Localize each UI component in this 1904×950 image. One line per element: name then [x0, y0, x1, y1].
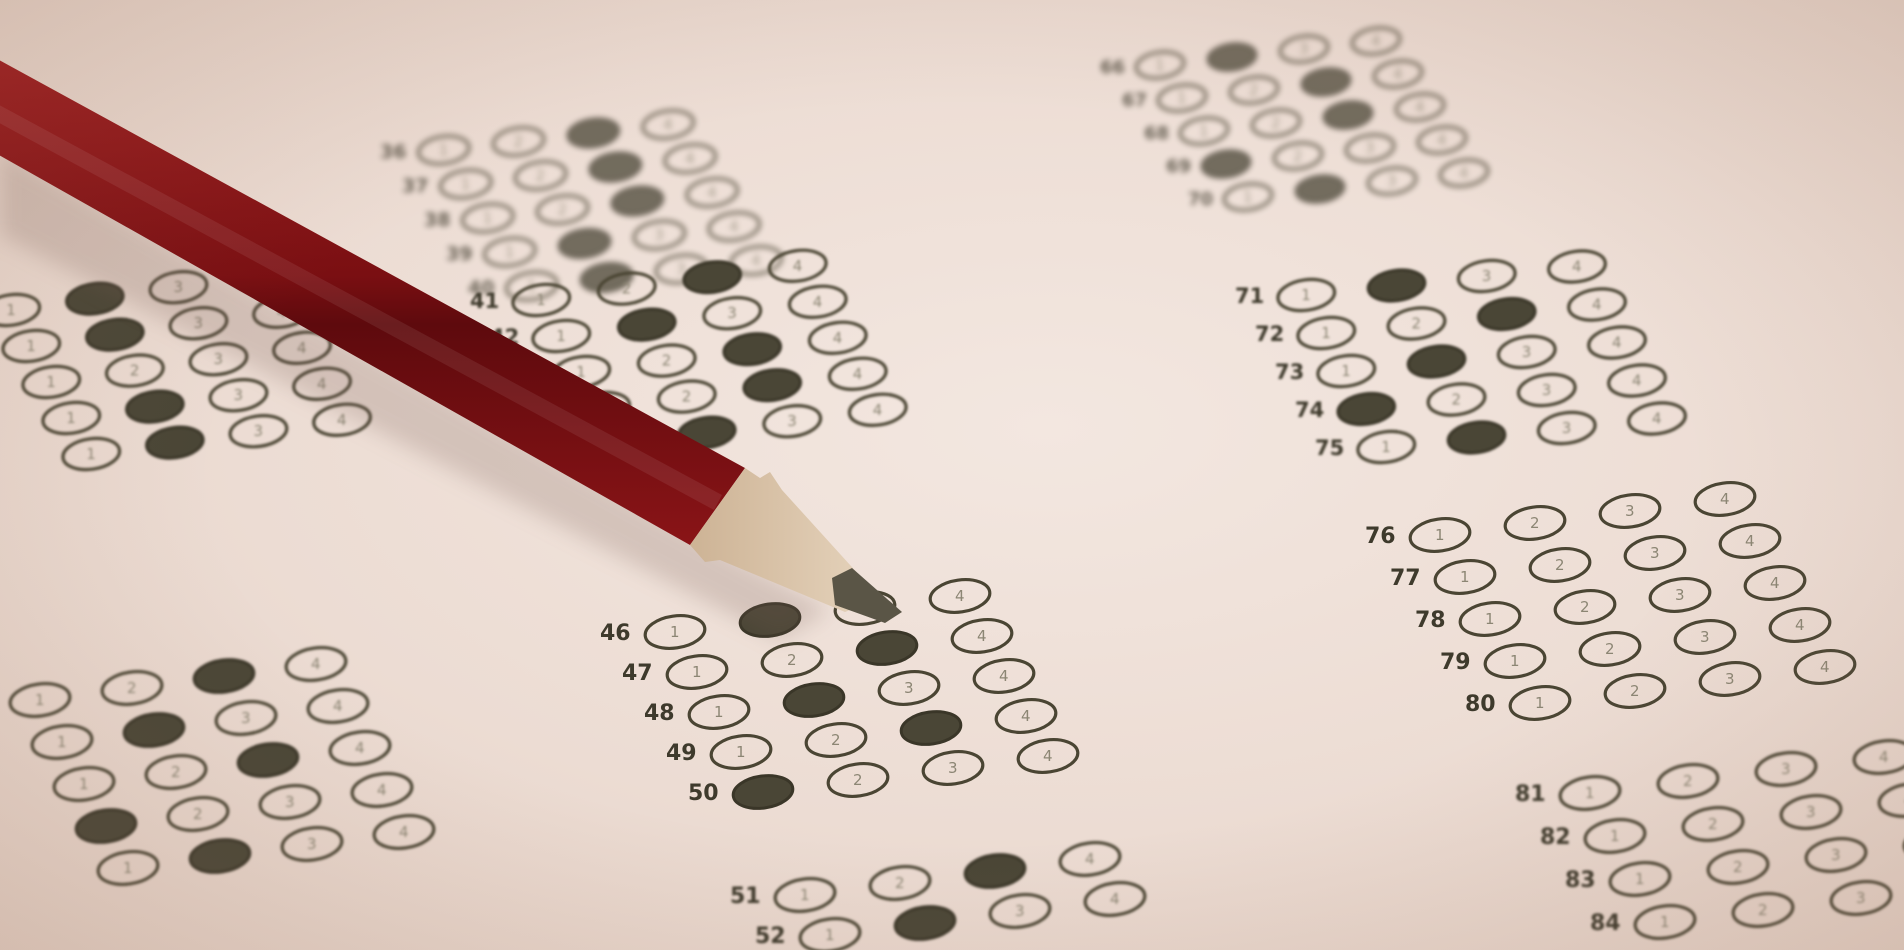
bubble-choice-label: 1: [536, 291, 546, 309]
question-number: 49: [666, 741, 697, 766]
question-number: 37: [402, 175, 428, 197]
answer-bubble-filled: [731, 772, 795, 812]
bubble-choice-label: 1: [1321, 324, 1331, 342]
question-row: 761234: [1365, 479, 1757, 555]
answer-bubble-filled: [1446, 418, 1507, 456]
bubble-choice-label: 4: [707, 184, 717, 202]
bubble-choice-label: 1: [1460, 568, 1470, 586]
bubble-choice-label: 2: [558, 201, 568, 219]
question-row: 73134: [1275, 323, 1647, 390]
question-number: 83: [1565, 868, 1596, 893]
question-row: 71134: [1235, 247, 1607, 314]
bubble-choice-label: 4: [977, 627, 987, 645]
question-number: 46: [600, 621, 631, 646]
answer-bubble-filled: [566, 116, 620, 150]
bubble-choice-label: 2: [1733, 858, 1743, 876]
question-number: 69: [1166, 156, 1191, 177]
answer-bubble-filled: [74, 806, 138, 846]
bubble-choice-label: 1: [483, 209, 493, 227]
answer-bubble-filled: [557, 226, 611, 260]
bubble-choice-label: 1: [825, 926, 835, 944]
bubble-choice-label: 2: [1683, 772, 1693, 790]
bubble-choice-label: 3: [1625, 502, 1635, 520]
bubble-choice-label: 1: [714, 703, 724, 721]
bubble-choice-label: 4: [1393, 65, 1403, 83]
answer-bubble-filled: [85, 316, 146, 354]
bubble-choice-label: 2: [1293, 147, 1303, 165]
bubble-choice-label: 2: [622, 280, 632, 298]
bubble-choice-label: 4: [833, 329, 843, 347]
question-row: 48134: [644, 656, 1036, 732]
question-number: 80: [1465, 692, 1496, 717]
bubble-choice-label: 2: [1249, 81, 1259, 99]
bubble-choice-label: 3: [1781, 760, 1791, 778]
question-row: 134: [61, 401, 372, 473]
bubble-choice-label: 2: [536, 167, 546, 185]
bubble-choice-label: 2: [1708, 815, 1718, 833]
answer-group: 7113472124731347423475134: [1235, 247, 1687, 466]
bubble-choice-label: 3: [654, 226, 664, 244]
bubble-choice-label: 3: [1675, 586, 1685, 604]
bubble-choice-label: 1: [1535, 694, 1545, 712]
bubble-choice-label: 1: [123, 859, 133, 877]
answer-bubble-filled: [588, 150, 642, 184]
pencil-graphite-tip: [832, 568, 902, 623]
bubble-choice-label: 2: [130, 362, 140, 380]
question-number: 66: [1100, 57, 1125, 78]
question-number: 71: [1235, 284, 1264, 308]
bubble-choice-label: 4: [1459, 164, 1469, 182]
bubble-choice-label: 1: [6, 301, 16, 319]
bubble-choice-label: 3: [1542, 381, 1552, 399]
bubble-choice-label: 4: [1820, 658, 1830, 676]
question-row: 39134: [446, 209, 761, 269]
bubble-choice-label: 4: [793, 257, 803, 275]
bubble-choice-label: 3: [1562, 419, 1572, 437]
answer-bubble-filled: [236, 740, 300, 780]
question-number: 82: [1540, 825, 1571, 850]
bubble-choice-label: 1: [439, 141, 449, 159]
question-row: 38124: [424, 175, 739, 235]
bubble-choice-label: 4: [729, 218, 739, 236]
answer-group: 761234771234781234791234801234: [1365, 479, 1857, 723]
bubble-choice-label: 4: [1592, 296, 1602, 314]
answer-bubble: [1877, 780, 1904, 820]
bubble-choice-label: 1: [1585, 784, 1595, 802]
bubble-choice-label: 2: [1630, 682, 1640, 700]
bubble-choice-label: 4: [311, 655, 321, 673]
question-row: 124: [52, 728, 392, 804]
bubble-choice-label: 4: [1371, 32, 1381, 50]
bubble-choice-label: 4: [1415, 98, 1425, 116]
bubble-choice-label: 4: [1795, 616, 1805, 634]
bubble-choice-label: 1: [556, 327, 566, 345]
question-number: 75: [1315, 436, 1344, 460]
question-row: 68124: [1144, 91, 1446, 147]
bubble-choice-label: 4: [685, 150, 695, 168]
question-number: 39: [446, 243, 472, 265]
question-number: 73: [1275, 360, 1304, 384]
question-number: 41: [470, 289, 499, 313]
answer-bubble-filled: [188, 836, 252, 876]
bubble-choice-label: 2: [1530, 514, 1540, 532]
bubble-choice-label: 3: [1806, 803, 1816, 821]
question-row: 69234: [1166, 124, 1468, 180]
question-row: 124: [8, 644, 348, 720]
bubble-choice-label: 1: [66, 409, 76, 427]
question-number: 72: [1255, 322, 1284, 346]
bubble-choice-label: 1: [1381, 438, 1391, 456]
bubble-choice-label: 3: [233, 386, 243, 404]
bubble-choice-label: 3: [285, 793, 295, 811]
answer-bubble-filled: [963, 851, 1027, 891]
bubble-choice-label: 1: [46, 373, 56, 391]
question-number: 81: [1515, 782, 1546, 807]
bubble-choice-label: 4: [1085, 850, 1095, 868]
answer-bubble-filled: [1476, 295, 1537, 333]
bubble-choice-label: 2: [853, 771, 863, 789]
bubble-choice-label: 3: [1522, 343, 1532, 361]
bubble-choice-label: 4: [1021, 707, 1031, 725]
bubble-choice-label: 3: [253, 422, 263, 440]
bubble-choice-label: 1: [79, 775, 89, 793]
answer-bubble-filled: [1294, 173, 1345, 205]
bubble-choice-label: 2: [514, 133, 524, 151]
bubble-choice-label: 1: [1301, 286, 1311, 304]
question-row: 234: [74, 770, 414, 846]
question-number: 52: [755, 924, 786, 949]
bubble-choice-label: 1: [692, 663, 702, 681]
answer-bubble-filled: [1366, 266, 1427, 304]
bubble-choice-label: 3: [1299, 40, 1309, 58]
bubble-choice-label: 2: [193, 805, 203, 823]
bubble-choice-label: 3: [1482, 267, 1492, 285]
bubble-choice-label: 4: [377, 781, 387, 799]
bubble-choice-label: 2: [1605, 640, 1615, 658]
question-row: 811234: [1515, 737, 1904, 813]
bubble-choice-label: 4: [751, 252, 761, 270]
bubble-choice-label: 4: [999, 667, 1009, 685]
bubble-choice-label: 1: [1485, 610, 1495, 628]
bubble-choice-label: 3: [727, 304, 737, 322]
answer-group: 5112452134: [730, 839, 1147, 950]
answer-bubble-filled: [122, 710, 186, 750]
bubble-choice-label: 2: [682, 388, 692, 406]
question-row: 791234: [1440, 605, 1832, 681]
bubble-choice-label: 1: [1199, 122, 1209, 140]
bubble-choice-label: 1: [57, 733, 67, 751]
bubble-choice-label: 2: [831, 731, 841, 749]
question-row: 134: [96, 812, 436, 888]
bubble-choice-label: 3: [1856, 889, 1866, 907]
answer-sheet-photo: 3612437124381243913440134411244213443124…: [0, 0, 1904, 950]
question-row: 51124: [730, 839, 1122, 915]
bubble-choice-label: 1: [1341, 362, 1351, 380]
bubble-choice-label: 3: [1725, 670, 1735, 688]
question-number: 36: [380, 141, 406, 163]
answer-group: 811234821234831234841234: [1515, 737, 1904, 942]
question-row: 781234: [1415, 563, 1807, 639]
bubble-choice-label: 3: [241, 709, 251, 727]
answer-bubble-filled: [1406, 342, 1467, 380]
bubble-choice-label: 4: [1652, 410, 1662, 428]
bubble-choice-label: 3: [1831, 846, 1841, 864]
question-number: 68: [1144, 123, 1169, 144]
answer-group: 124134124234134: [8, 644, 436, 888]
bubble-choice-label: 4: [333, 697, 343, 715]
answer-bubble-filled: [1200, 148, 1251, 180]
question-number: 38: [424, 209, 450, 231]
bubble-choice-label: 4: [1632, 372, 1642, 390]
bubble-choice-label: 1: [35, 691, 45, 709]
question-number: 47: [622, 661, 653, 686]
bubble-choice-label: 4: [1879, 748, 1889, 766]
answer-bubble-filled: [899, 708, 963, 748]
bubble-choice-label: 2: [787, 651, 797, 669]
bubble-choice-label: 4: [1437, 131, 1447, 149]
answer-bubble-filled: [682, 258, 743, 296]
question-number: 70: [1188, 189, 1213, 210]
bubble-choice-label: 1: [1243, 188, 1253, 206]
bubble-choice-label: 1: [26, 337, 36, 355]
bubble-choice-label: 1: [505, 243, 515, 261]
answer-bubble-filled: [610, 184, 664, 218]
bubble-choice-label: 2: [127, 679, 137, 697]
answer-bubble-filled: [855, 628, 919, 668]
bubble-choice-label: 3: [1365, 139, 1375, 157]
bubble-choice-label: 1: [86, 445, 96, 463]
bubble-choice-label: 3: [787, 412, 797, 430]
question-number: 77: [1390, 566, 1421, 591]
answer-bubble-filled: [722, 330, 783, 368]
bubble-choice-label: 2: [1271, 114, 1281, 132]
bubble-choice-label: 2: [1452, 391, 1462, 409]
question-row: 821234: [1540, 780, 1904, 856]
bubble-choice-label: 1: [1177, 89, 1187, 107]
bubble-choice-label: 3: [1650, 544, 1660, 562]
question-number: 50: [688, 781, 719, 806]
bubble-choice-label: 1: [1660, 913, 1670, 931]
question-number: 74: [1295, 398, 1324, 422]
question-number: 76: [1365, 524, 1396, 549]
question-row: 74234: [1295, 361, 1667, 428]
question-row: 37124: [402, 141, 717, 201]
question-number: 79: [1440, 650, 1471, 675]
question-number: 78: [1415, 608, 1446, 633]
bubble-choice-label: 4: [813, 293, 823, 311]
bubble-choice-label: 4: [1770, 574, 1780, 592]
bubble-choice-label: 2: [1555, 556, 1565, 574]
question-row: 49124: [666, 696, 1058, 772]
question-row: 67124: [1122, 58, 1424, 114]
bubble-choice-label: 2: [895, 874, 905, 892]
answer-bubble-filled: [125, 388, 186, 426]
question-row: 134: [30, 686, 370, 762]
bubble-choice-label: 3: [904, 679, 914, 697]
bubble-choice-label: 1: [736, 743, 746, 761]
answer-group: 4613447124481344912450234: [600, 576, 1080, 812]
answer-bubble-filled: [782, 680, 846, 720]
bubble-choice-label: 3: [1700, 628, 1710, 646]
question-number: 51: [730, 884, 761, 909]
bubble-choice-label: 4: [873, 401, 883, 419]
answer-bubble-filled: [145, 424, 206, 462]
bubble-choice-label: 4: [1745, 532, 1755, 550]
question-number: 48: [644, 701, 675, 726]
question-row: 72124: [1255, 285, 1627, 352]
bubble-choice-label: 1: [1435, 526, 1445, 544]
bubble-choice-label: 4: [1612, 334, 1622, 352]
bubble-choice-label: 1: [670, 623, 680, 641]
bubble-choice-label: 4: [399, 823, 409, 841]
bubble-choice-label: 3: [307, 835, 317, 853]
question-row: 771234: [1390, 521, 1782, 597]
bubble-choice-label: 4: [955, 587, 965, 605]
bubble-choice-label: 1: [461, 175, 471, 193]
bubble-choice-label: 2: [1580, 598, 1590, 616]
answer-bubble-filled: [192, 656, 256, 696]
question-row: 47124: [622, 616, 1014, 692]
bubble-choice-label: 4: [355, 739, 365, 757]
question-row: 52134: [755, 879, 1147, 950]
bubble-choice-label: 3: [1387, 172, 1397, 190]
bubble-choice-label: 4: [1720, 490, 1730, 508]
bubble-choice-label: 1: [1610, 827, 1620, 845]
bubble-choice-label: 3: [1015, 902, 1025, 920]
bubble-choice-label: 1: [1155, 56, 1165, 74]
question-row: 50234: [688, 736, 1080, 812]
bubble-choice-label: 4: [1110, 890, 1120, 908]
question-row: 66134: [1100, 25, 1402, 81]
bubble-choice-label: 4: [663, 116, 673, 134]
bubble-choice-label: 4: [1572, 258, 1582, 276]
question-number: 67: [1122, 90, 1147, 111]
bubble-choice-label: 1: [1635, 870, 1645, 888]
answer-bubble-filled: [616, 306, 677, 344]
bubble-choice-label: 1: [1510, 652, 1520, 670]
bubble-choice-label: 2: [1412, 315, 1422, 333]
question-row: 36124: [380, 107, 695, 167]
answer-bubble-filled: [742, 366, 803, 404]
bubble-choice-label: 4: [853, 365, 863, 383]
answer-group: 6613467124681246923470134: [1100, 25, 1490, 213]
bubble-choice-label: 3: [948, 759, 958, 777]
answer-sheet: 3612437124381243913440134411244213443124…: [0, 0, 1904, 950]
bubble-choice-label: 3: [213, 350, 223, 368]
answer-bubble-filled: [1336, 390, 1397, 428]
bubble-choice-label: 2: [171, 763, 181, 781]
answer-bubble-filled: [1206, 41, 1257, 73]
bubble-choice-label: 4: [1043, 747, 1053, 765]
question-row: 801234: [1465, 647, 1857, 723]
answer-bubble-filled: [893, 903, 957, 943]
bubble-choice-label: 2: [1758, 901, 1768, 919]
answer-bubble-filled: [1300, 66, 1351, 98]
bubble-choice-label: 1: [800, 886, 810, 904]
answer-bubble-filled: [1322, 99, 1373, 131]
bubble-choice-label: 2: [662, 352, 672, 370]
question-number: 84: [1590, 911, 1621, 936]
